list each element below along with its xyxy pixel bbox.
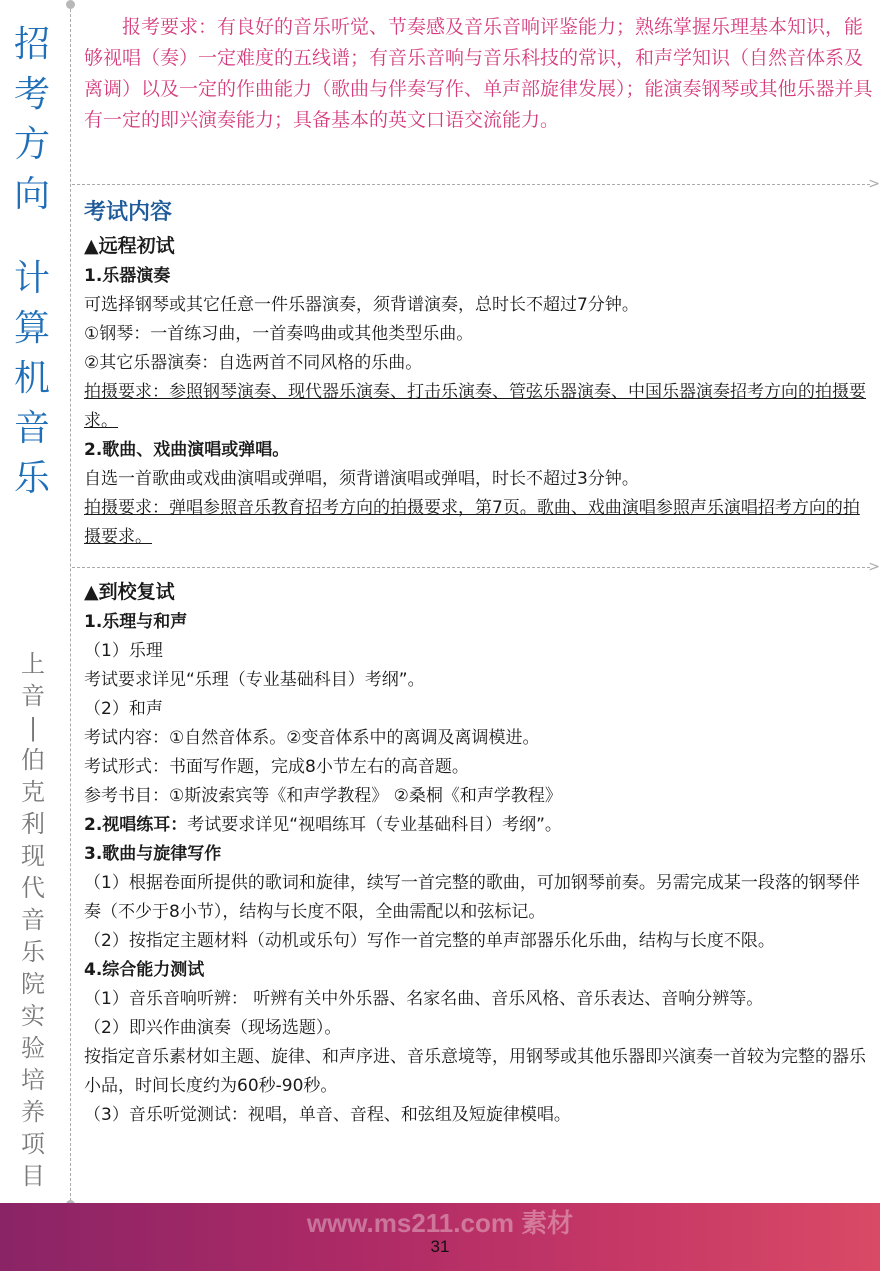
item-line: （1）音乐音响听辨： 听辨有关中外乐器、名家名曲、音乐风格、音乐表达、音响分辨等… xyxy=(84,985,874,1014)
sidebar-title-char: 招 xyxy=(10,20,54,70)
sidebar-subtitle-char: 实 xyxy=(14,1000,52,1032)
chevron-right-icon: > xyxy=(868,559,880,575)
filming-requirement: 拍摄要求：参照钢琴演奏、现代器乐演奏、打击乐演奏、管弦乐器演奏、中国乐器演奏招考… xyxy=(84,378,874,436)
sidebar-subtitle-char: 项 xyxy=(14,1128,52,1160)
sidebar-subtitle-char: 上 xyxy=(14,648,52,680)
sidebar-subtitle: 上 音 | 伯 克 利 现 代 音 乐 院 实 验 培 养 项 目 xyxy=(14,648,52,1192)
item-line: 考试形式：书面写作题，完成8小节左右的高音题。 xyxy=(84,753,874,782)
sidebar-subtitle-char: 音 xyxy=(14,904,52,936)
sidebar-title-char: 方 xyxy=(10,120,54,170)
horizontal-divider: > xyxy=(72,184,870,185)
sidebar-subtitle-char: 培 xyxy=(14,1064,52,1096)
sidebar-title-char: 考 xyxy=(10,70,54,120)
sidebar-subtitle-char: 伯 xyxy=(14,744,52,776)
watermark: www.ms211.com 素材 xyxy=(0,1203,880,1240)
sidebar-subtitle-char: 克 xyxy=(14,776,52,808)
sidebar-title-char: 音 xyxy=(10,404,54,454)
sidebar-subtitle-char: 目 xyxy=(14,1160,52,1192)
chevron-right-icon: > xyxy=(868,176,880,192)
sidebar-title-char: 算 xyxy=(10,304,54,354)
footer-band: www.ms211.com 素材 31 xyxy=(0,1203,880,1271)
item-title: 1.乐器演奏 xyxy=(84,262,874,291)
item-title: 3.歌曲与旋律写作 xyxy=(84,840,874,869)
section-title: 考试内容 xyxy=(84,196,874,230)
sub-heading: （1）乐理 xyxy=(84,637,874,666)
remote-heading: ▲远程初试 xyxy=(84,230,874,262)
item-line: （2）按指定主题材料（动机或乐句）写作一首完整的单声部器乐化乐曲，结构与长度不限… xyxy=(84,927,874,956)
item-title: 2.歌曲、戏曲演唱或弹唱。 xyxy=(84,436,874,465)
item-line: 考试要求详见“乐理（专业基础科目）考纲”。 xyxy=(84,666,874,695)
onsite-exam-section: ▲到校复试 1.乐理与和声 （1）乐理 考试要求详见“乐理（专业基础科目）考纲”… xyxy=(84,576,874,1130)
sidebar-subtitle-char: 利 xyxy=(14,808,52,840)
item-title: 1.乐理与和声 xyxy=(84,608,874,637)
item-line: 2.视唱练耳：考试要求详见“视唱练耳（专业基础科目）考纲”。 xyxy=(84,811,874,840)
item-line: ②其它乐器演奏：自选两首不同风格的乐曲。 xyxy=(84,349,874,378)
filming-requirement: 拍摄要求：弹唱参照音乐教育招考方向的拍摄要求，第7页。歌曲、戏曲演唱参照声乐演唱… xyxy=(84,494,874,552)
remote-exam-section: 考试内容 ▲远程初试 1.乐器演奏 可选择钢琴或其它任意一件乐器演奏，须背谱演奏… xyxy=(84,196,874,552)
item-line: ①钢琴：一首练习曲，一首奏鸣曲或其他类型乐曲。 xyxy=(84,320,874,349)
sidebar-subtitle-char: 代 xyxy=(14,872,52,904)
item-line: 按指定音乐素材如主题、旋律、和声序进、音乐意境等，用钢琴或其他乐器即兴演奏一首较… xyxy=(84,1043,874,1101)
sidebar-title-char: 机 xyxy=(10,354,54,404)
item-line: 参考书目：①斯波索宾等《和声学教程》 ②桑桐《和声学教程》 xyxy=(84,782,874,811)
item-line: 自选一首歌曲或戏曲演唱或弹唱，须背谱演唱或弹唱，时长不超过3分钟。 xyxy=(84,465,874,494)
item-title: 4.综合能力测试 xyxy=(84,956,874,985)
sidebar-subtitle-char: 乐 xyxy=(14,936,52,968)
item-line: 考试内容：①自然音体系。②变音体系中的离调及离调模进。 xyxy=(84,724,874,753)
sidebar-title-gap xyxy=(10,220,54,254)
sidebar-subtitle-char: 院 xyxy=(14,968,52,1000)
item-line: 可选择钢琴或其它任意一件乐器演奏，须背谱演奏，总时长不超过7分钟。 xyxy=(84,291,874,320)
item-title: 2.视唱练耳： xyxy=(84,815,187,835)
sidebar-subtitle-char: 验 xyxy=(14,1032,52,1064)
divider-top-dot xyxy=(66,0,75,9)
item-line: （2）即兴作曲演奏（现场选题）。 xyxy=(84,1014,874,1043)
sidebar-title-char: 计 xyxy=(10,254,54,304)
sidebar-subtitle-char: 现 xyxy=(14,840,52,872)
item-line: （3）音乐听觉测试：视唱，单音、音程、和弦组及短旋律模唱。 xyxy=(84,1101,874,1130)
item-text: 考试要求详见“视唱练耳（专业基础科目）考纲”。 xyxy=(187,815,562,835)
sidebar-subtitle-char: 音 xyxy=(14,680,52,712)
horizontal-divider: > xyxy=(72,567,870,568)
sidebar-title-char: 乐 xyxy=(10,454,54,504)
sidebar-title: 招 考 方 向 计 算 机 音 乐 xyxy=(10,20,54,504)
vertical-divider xyxy=(70,4,71,1206)
sidebar-subtitle-char: 养 xyxy=(14,1096,52,1128)
item-line: （1）根据卷面所提供的歌词和旋律，续写一首完整的歌曲，可加钢琴前奏。另需完成某一… xyxy=(84,869,874,927)
sidebar-subtitle-char: | xyxy=(14,712,52,744)
page-number: 31 xyxy=(0,1237,880,1257)
onsite-heading: ▲到校复试 xyxy=(84,576,874,608)
sub-heading: （2）和声 xyxy=(84,695,874,724)
sidebar-title-char: 向 xyxy=(10,170,54,220)
requirements-text: 报考要求：有良好的音乐听觉、节奏感及音乐音响评鉴能力；熟练掌握乐理基本知识，能够… xyxy=(84,12,874,136)
